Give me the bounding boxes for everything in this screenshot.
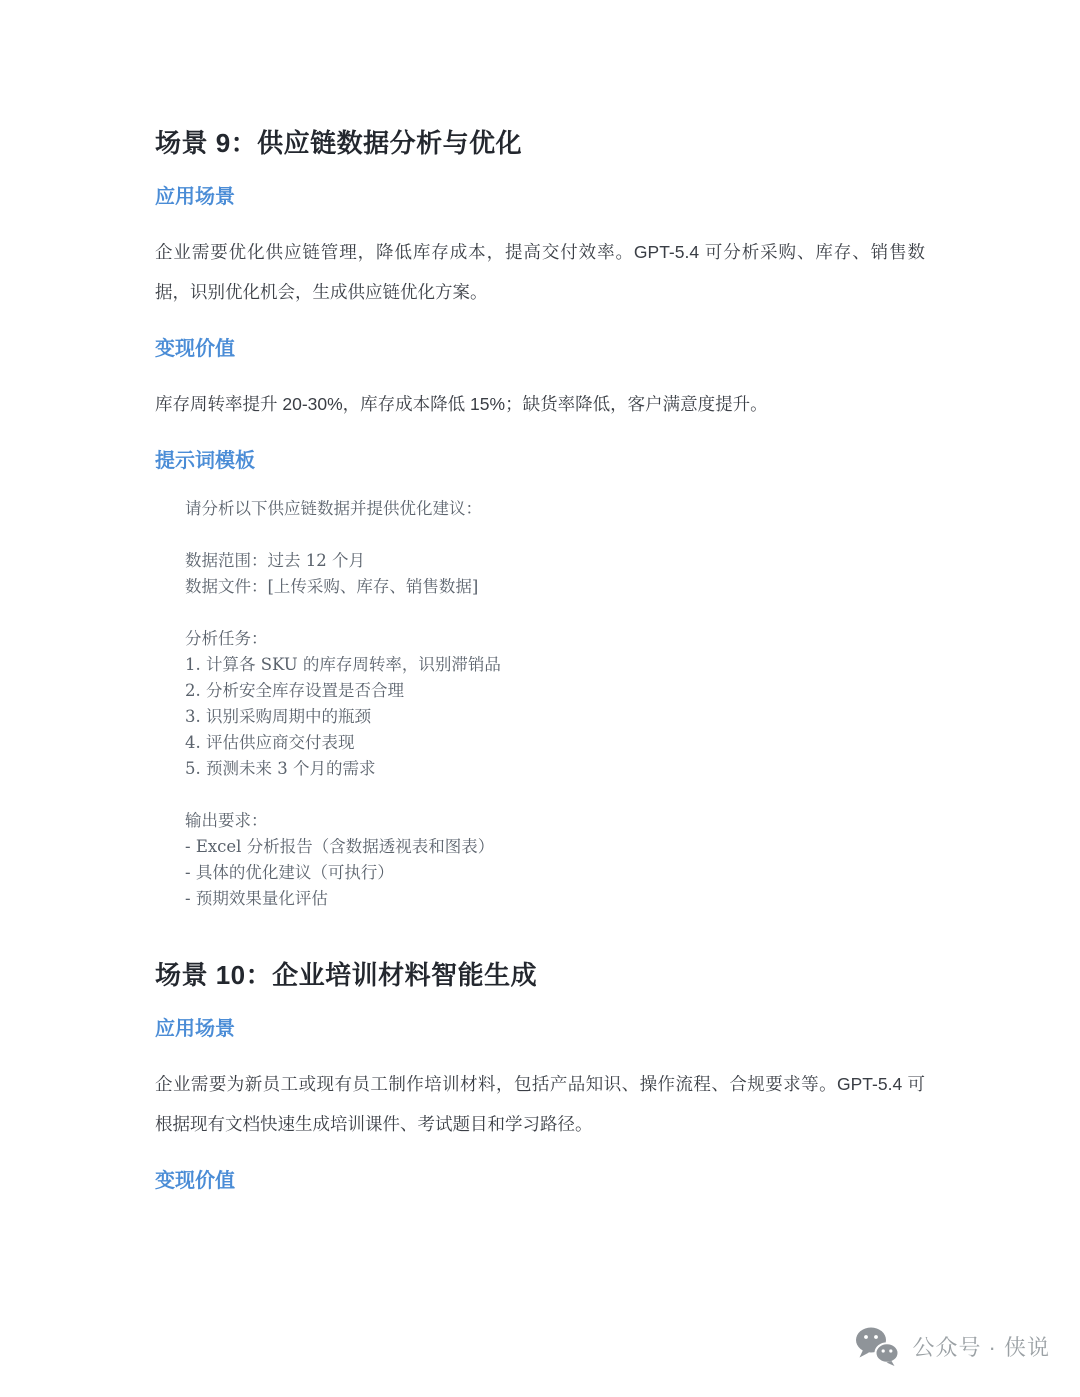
wechat-account-watermark: 公众号 · 侠说 [854, 1326, 1050, 1366]
prompt-line: 输出要求： [185, 808, 925, 834]
scenario9-title: 场景 9：供应链数据分析与优化 [155, 126, 925, 160]
prompt-line: 数据范围：过去 12 个月 [185, 548, 925, 574]
prompt-line [185, 600, 925, 626]
prompt-template-block: 请分析以下供应链数据并提供优化建议： 数据范围：过去 12 个月 数据文件：[上… [155, 496, 925, 912]
prompt-line: 4. 评估供应商交付表现 [185, 730, 925, 756]
prompt-line [185, 782, 925, 808]
scenario9-app-heading: 应用场景 [155, 184, 925, 210]
scenario9-app-paragraph: 企业需要优化供应链管理，降低库存成本，提高交付效率。GPT-5.4 可分析采购、… [155, 232, 925, 312]
prompt-line: 1. 计算各 SKU 的库存周转率，识别滞销品 [185, 652, 925, 678]
prompt-line: 数据文件：[上传采购、库存、销售数据] [185, 574, 925, 600]
prompt-line: - 具体的优化建议（可执行） [185, 860, 925, 886]
wechat-icon [854, 1326, 900, 1366]
prompt-line: - 预期效果量化评估 [185, 886, 925, 912]
scenario9-value-heading: 变现价值 [155, 336, 925, 362]
scenario10-app-paragraph: 企业需要为新员工或现有员工制作培训材料，包括产品知识、操作流程、合规要求等。GP… [155, 1064, 925, 1144]
scenario10-app-heading: 应用场景 [155, 1016, 925, 1042]
scenario9-prompt-heading: 提示词模板 [155, 448, 925, 474]
document-page: 场景 9：供应链数据分析与优化 应用场景 企业需要优化供应链管理，降低库存成本，… [0, 0, 1080, 1194]
prompt-line: 2. 分析安全库存设置是否合理 [185, 678, 925, 704]
prompt-line: 分析任务： [185, 626, 925, 652]
scenario10-title: 场景 10：企业培训材料智能生成 [155, 958, 925, 992]
scenario9-value-paragraph: 库存周转率提升 20-30%，库存成本降低 15%；缺货率降低，客户满意度提升。 [155, 384, 925, 424]
prompt-line: 3. 识别采购周期中的瓶颈 [185, 704, 925, 730]
prompt-line: 5. 预测未来 3 个月的需求 [185, 756, 925, 782]
wechat-account-label: 公众号 · 侠说 [912, 1331, 1050, 1362]
scenario10-value-heading: 变现价值 [155, 1168, 925, 1194]
prompt-line: - Excel 分析报告（含数据透视表和图表） [185, 834, 925, 860]
prompt-line [185, 522, 925, 548]
prompt-line: 请分析以下供应链数据并提供优化建议： [185, 496, 925, 522]
